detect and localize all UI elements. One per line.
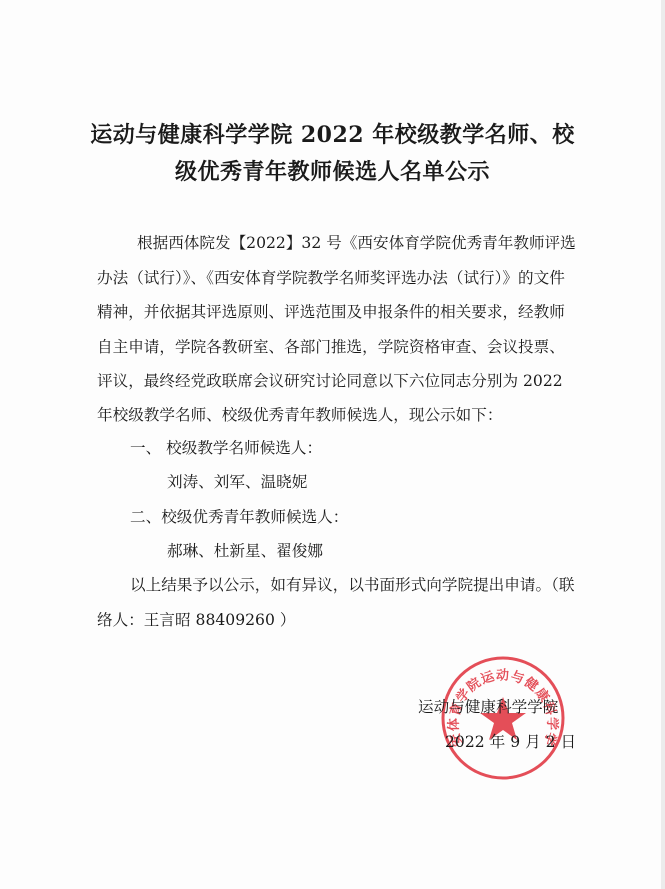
signature-date: 2022 年 9 月 2 日 [445, 732, 576, 752]
section-2-names: 郝琳、杜新星、翟俊娜 [167, 541, 637, 561]
body-line-6: 年校级教学名师、校级优秀青年教师候选人，现公示如下： [97, 405, 567, 425]
body-line-1: 根据西体院发【2022】32 号《西安体育学院优秀青年教师评选 [137, 233, 567, 253]
section-2-heading: 二、校级优秀青年教师候选人： [130, 507, 600, 527]
document-title-line-2: 级优秀青年教师候选人名单公示 [0, 155, 665, 186]
closing-line-2: 络人：王言昭 88409260 ） [97, 610, 567, 630]
section-1-names: 刘涛、刘军、温晓妮 [167, 472, 637, 492]
body-line-2: 办法（试行）》、《西安体育学院教学名师奖评选办法（试行）》的文件 [97, 268, 567, 288]
section-1-heading: 一、 校级教学名师候选人： [130, 438, 600, 458]
closing-line-1: 以上结果予以公示，如有异议，以书面形式向学院提出申请。（联 [130, 575, 567, 595]
body-line-5: 评议，最终经党政联席会议研究讨论同意以下六位同志分别为 2022 [97, 371, 567, 391]
body-line-3: 精神，并依据其评选原则、评选范围及申报条件的相关要求，经教师 [97, 302, 567, 322]
body-line-4: 自主申请，学院各教研室、各部门推选，学院资格审查、会议投票、 [97, 337, 567, 357]
official-seal-icon: 西安体育学院运动与健康科学学院 [440, 655, 566, 781]
document-title-line-1: 运动与健康科学学院 2022 年校级教学名师、校 [0, 118, 665, 149]
signature-organization: 运动与健康科学学院 [418, 697, 558, 717]
